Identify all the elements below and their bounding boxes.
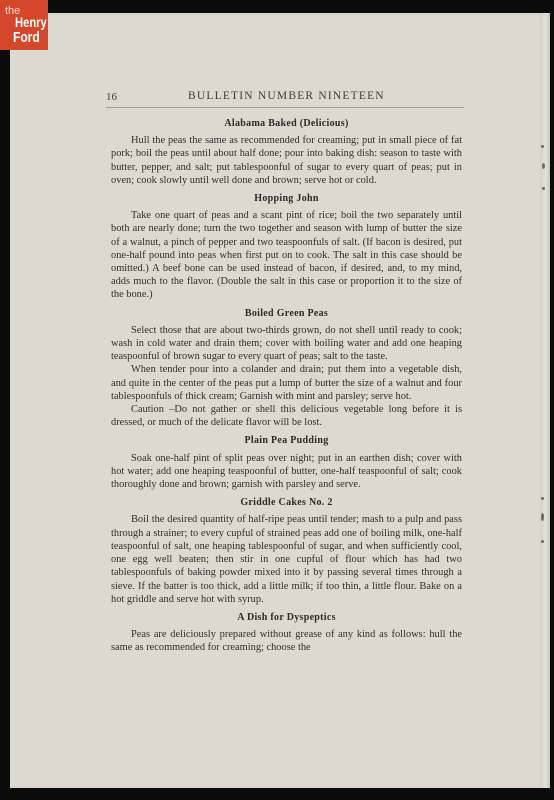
page-content: Alabama Baked (Delicious) Hull the peas … <box>111 117 462 660</box>
recipe-section: Hopping John Take one quart of peas and … <box>111 192 462 302</box>
page-blemish <box>541 540 544 543</box>
page-edge <box>540 13 550 788</box>
recipe-section: Alabama Baked (Delicious) Hull the peas … <box>111 117 462 187</box>
recipe-paragraph: Caution –Do not gather or shell this del… <box>111 403 462 429</box>
page-blemish <box>541 513 544 521</box>
recipe-heading: Griddle Cakes No. 2 <box>111 496 462 509</box>
recipe-section: A Dish for Dyspeptics Peas are delicious… <box>111 611 462 655</box>
recipe-paragraph: Soak one-half pint of split peas over ni… <box>111 452 462 492</box>
logo-text-ford: Ford <box>13 30 40 45</box>
recipe-heading: Alabama Baked (Delicious) <box>111 117 462 130</box>
logo-text-henry: Henry <box>15 15 47 29</box>
recipe-heading: Plain Pea Pudding <box>111 434 462 447</box>
recipe-paragraph: Hull the peas the same as recommended fo… <box>111 134 462 187</box>
page-blemish <box>541 145 544 148</box>
recipe-paragraph: Boil the desired quantity of half-ripe p… <box>111 513 462 605</box>
page-blemish <box>542 187 545 190</box>
recipe-section: Griddle Cakes No. 2 Boil the desired qua… <box>111 496 462 606</box>
henry-ford-logo: the Henry Ford <box>0 0 48 50</box>
recipe-heading: Hopping John <box>111 192 462 205</box>
running-title: BULLETIN NUMBER NINETEEN <box>188 90 385 102</box>
running-header: 16 BULLETIN NUMBER NINETEEN <box>106 89 464 108</box>
recipe-paragraph: Select those that are about two-thirds g… <box>111 324 462 364</box>
recipe-paragraph: Take one quart of peas and a scant pint … <box>111 209 462 301</box>
recipe-section: Boiled Green Peas Select those that are … <box>111 307 462 430</box>
page-blemish <box>542 163 545 169</box>
recipe-paragraph: When tender pour into a colander and dra… <box>111 363 462 403</box>
recipe-section: Plain Pea Pudding Soak one-half pint of … <box>111 434 462 491</box>
recipe-heading: Boiled Green Peas <box>111 307 462 320</box>
page-number: 16 <box>106 91 117 103</box>
page-blemish <box>541 497 544 500</box>
recipe-paragraph: Peas are deliciously prepared without gr… <box>111 628 462 654</box>
recipe-heading: A Dish for Dyspeptics <box>111 611 462 624</box>
